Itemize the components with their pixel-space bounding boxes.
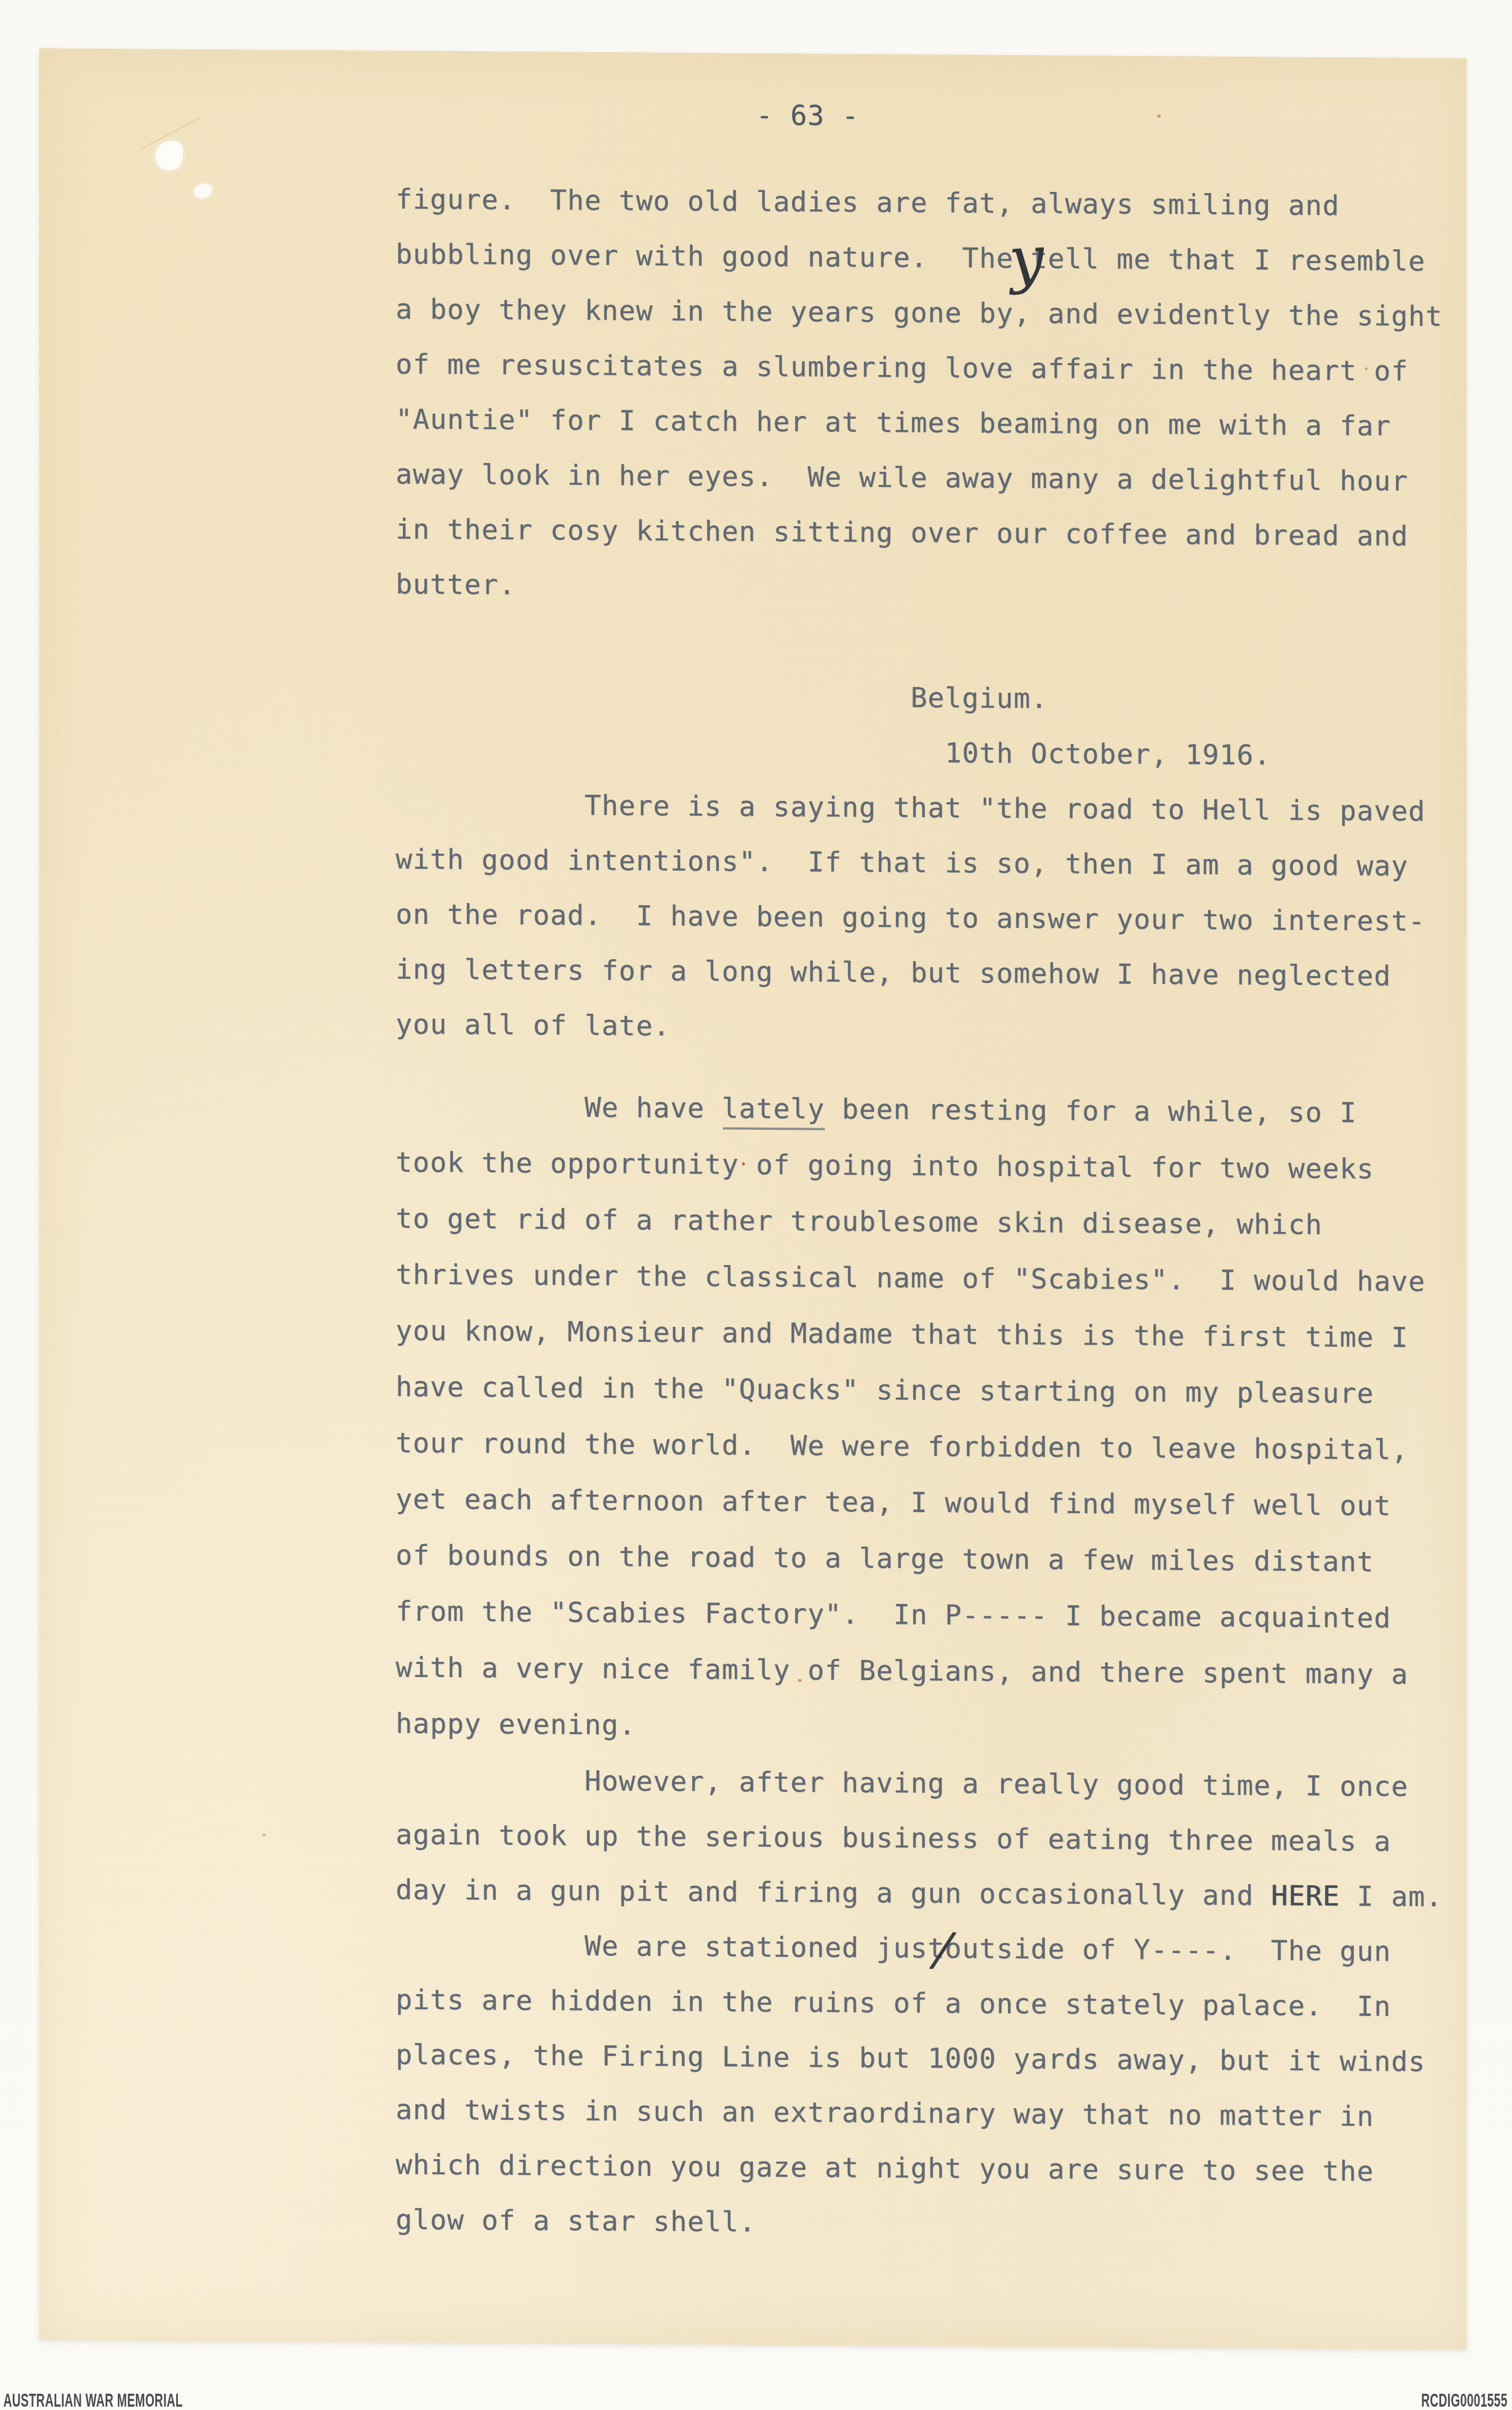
typed-line: figure. The two old ladies are fat, alwa… (396, 183, 1340, 229)
typed-line: 10th October, 1916. (396, 733, 1271, 778)
typed-line: happy evening. (396, 1707, 636, 1748)
typed-line: bubbling over with good nature. The tell… (396, 238, 1426, 285)
paper-speck (263, 1834, 265, 1836)
typed-line: you know, Monsieur and Madame that this … (396, 1314, 1408, 1361)
typed-line: again took up the serious business of ea… (396, 1818, 1391, 1864)
typed-line: with good intentions". If that is so, th… (396, 843, 1408, 890)
typed-line: ing letters for a long while, but someho… (396, 953, 1391, 999)
scanned-letter-page: - 63 - figure. The two old ladies are fa… (39, 48, 1467, 2350)
typed-line: yet each afternoon after tea, I would fi… (396, 1483, 1391, 1529)
page-number: - 63 - (756, 99, 859, 133)
typed-line: away look in her eyes. We wile away many… (396, 458, 1408, 505)
footer-reference-id: RCDIG0001555 (1421, 2390, 1508, 2410)
typed-line: took the opportunity of going into hospi… (396, 1146, 1374, 1192)
typed-line: of me resuscitates a slumbering love aff… (396, 348, 1408, 395)
typed-line: in their cosy kitchen sitting over our c… (396, 513, 1408, 560)
paper-speck (1157, 114, 1161, 118)
typed-line: Belgium. (396, 678, 1048, 722)
typed-line: and twists in such an extraordinary way … (396, 2093, 1374, 2139)
typed-line: "Auntie" for I catch her at times beamin… (396, 403, 1391, 449)
typed-line: There is a saying that "the road to Hell… (396, 788, 1426, 835)
typed-line: glow of a star shell. (396, 2203, 756, 2245)
typed-line: have called in the "Quacks" since starti… (396, 1371, 1374, 1417)
torn-hole (193, 182, 213, 199)
typed-line: to get rid of a rather troublesome skin … (396, 1202, 1322, 1248)
typewritten-text-block: figure. The two old ladies are fat, alwa… (39, 48, 1467, 58)
typed-line: from the "Scabies Factory". In P----- I … (396, 1595, 1391, 1641)
overstruck-word-here: HERE (1271, 1880, 1340, 1913)
typed-line: on the road. I have been going to answer… (396, 898, 1426, 945)
typed-line: with a very nice family of Belgians, and… (396, 1651, 1408, 1698)
torn-hole (152, 136, 187, 173)
typed-line: of bounds on the road to a large town a … (396, 1539, 1374, 1585)
typed-line: places, the Firing Line is but 1000 yard… (396, 2038, 1426, 2085)
typed-line: pits are hidden in the ruins of a once s… (396, 1983, 1391, 2029)
typed-line: you all of late. (396, 1008, 670, 1049)
typed-line: a boy they knew in the years gone by, an… (396, 293, 1442, 340)
typed-line: We have lately been resting for a while,… (396, 1090, 1357, 1136)
handwritten-letter-y-annotation: y (1007, 227, 1046, 291)
typed-line: which direction you gaze at night you ar… (396, 2148, 1374, 2194)
footer-institution-label: AUSTRALIAN WAR MEMORIAL (3, 2390, 183, 2410)
typed-line: We are stationed justoutside of Y----. T… (396, 1928, 1391, 1974)
typed-line: tour round the world. We were forbidden … (396, 1427, 1408, 1473)
typed-line: thrives under the classical name of "Sca… (396, 1258, 1426, 1305)
typed-line: However, after having a really good time… (396, 1763, 1408, 1810)
typed-line: butter. (396, 568, 516, 608)
digitisation-footer: AUSTRALIAN WAR MEMORIAL RCDIG0001555 (0, 2385, 1512, 2410)
